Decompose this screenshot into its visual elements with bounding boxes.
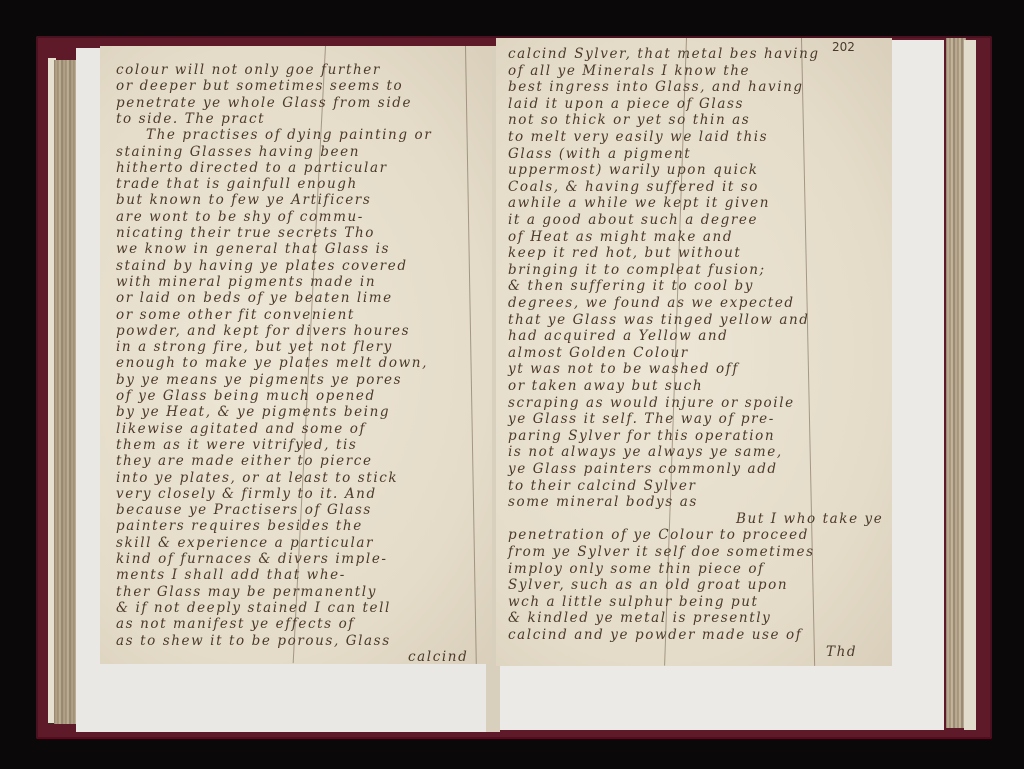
manuscript-line: & kindled ye metal is presently (508, 610, 771, 626)
manuscript-line: calcind Sylver, that metal bes having (508, 46, 820, 62)
manuscript-line: likewise agitated and some of (116, 421, 366, 437)
manuscript-line: to side. The pract (116, 111, 265, 127)
manuscript-line: in a strong fire, but yet not flery (116, 339, 393, 355)
manuscript-line: as to shew it to be porous, Glass (116, 633, 391, 649)
manuscript-line: ye Glass painters commonly add (508, 461, 778, 477)
manuscript-line: had acquired a Yellow and (508, 328, 728, 344)
manuscript-line: ments I shall add that whe- (116, 567, 346, 583)
manuscript-line: hitherto directed to a particular (116, 160, 388, 176)
manuscript-line: ye Glass it self. The way of pre- (508, 411, 775, 427)
manuscript-line: & then suffering it to cool by (508, 278, 754, 294)
manuscript-line: penetrate ye whole Glass from side (116, 95, 412, 111)
fold-crease (801, 38, 815, 666)
manuscript-line: or some other fit convenient (116, 307, 355, 323)
manuscript-line: are wont to be shy of commu- (116, 209, 364, 225)
manuscript-line: kind of furnaces & divers imple- (116, 551, 388, 567)
manuscript-line: Sylver, such as an old groat upon (508, 577, 788, 593)
manuscript-line: skill & experience a particular (116, 535, 374, 551)
manuscript-line: to their calcind Sylver (508, 478, 697, 494)
manuscript-line: by ye Heat, & ye pigments being (116, 404, 390, 420)
manuscript-line: or laid on beds of ye beaten lime (116, 290, 393, 306)
manuscript-line: calcind and ye powder made use of (508, 627, 802, 643)
manuscript-line: imploy only some thin piece of (508, 561, 765, 577)
manuscript-line: degrees, we found as we expected (508, 295, 795, 311)
right-endpaper (964, 40, 976, 730)
manuscript-line: of all ye Minerals I know the (508, 63, 750, 79)
manuscript-line: nicating their true secrets Tho (116, 225, 375, 241)
manuscript-line: of Heat as might make and (508, 229, 733, 245)
manuscript-line: is not always ye always ye same, (508, 444, 783, 460)
manuscript-line: wch a little sulphur being put (508, 594, 759, 610)
manuscript-line: it a good about such a degree (508, 212, 758, 228)
manuscript-line: almost Golden Colour (508, 345, 689, 361)
left-manuscript-page: colour will not only goe furtheror deepe… (100, 46, 492, 664)
right-fore-edge (946, 38, 966, 728)
manuscript-line: awhile a while we kept it given (508, 195, 770, 211)
manuscript-line: painters requires besides the (116, 518, 363, 534)
manuscript-line: uppermost) warily upon quick (508, 162, 759, 178)
manuscript-line: paring Sylver for this operation (508, 428, 775, 444)
fold-crease (465, 46, 477, 664)
manuscript-line: from ye Sylver it self doe sometimes (508, 544, 815, 560)
manuscript-line: into ye plates, or at least to stick (116, 470, 398, 486)
left-fore-edge (54, 60, 78, 724)
manuscript-line: bringing it to compleat fusion; (508, 262, 766, 278)
manuscript-line: they are made either to pierce (116, 453, 373, 469)
manuscript-line: scraping as would injure or spoile (508, 395, 795, 411)
manuscript-line: because ye Practisers of Glass (116, 502, 372, 518)
manuscript-line: penetration of ye Colour to proceed (508, 527, 809, 543)
manuscript-line: yt was not to be washed off (508, 361, 739, 377)
manuscript-line: by ye means ye pigments ye pores (116, 372, 402, 388)
manuscript-line: staining Glasses having been (116, 144, 360, 160)
manuscript-line: very closely & firmly to it. And (116, 486, 377, 502)
manuscript-line: as not manifest ye effects of (116, 616, 355, 632)
manuscript-line: we know in general that Glass is (116, 241, 390, 257)
manuscript-line: but known to few ye Artificers (116, 192, 371, 208)
manuscript-line: them as it were vitrifyed, tis (116, 437, 357, 453)
manuscript-line: powder, and kept for divers houres (116, 323, 410, 339)
manuscript-line: some mineral bodys as (508, 494, 698, 510)
manuscript-line: or deeper but sometimes seems to (116, 78, 403, 94)
manuscript-line: trade that is gainfull enough (116, 176, 358, 192)
manuscript-line: not so thick or yet so thin as (508, 112, 750, 128)
manuscript-line: keep it red hot, but without (508, 245, 741, 261)
manuscript-line: The practises of dying painting or (146, 127, 432, 143)
manuscript-line: Glass (with a pigment (508, 146, 691, 162)
manuscript-line: with mineral pigments made in (116, 274, 376, 290)
manuscript-line: of ye Glass being much opened (116, 388, 376, 404)
right-manuscript-page: 202 calcind Sylver, that metal bes havin… (496, 38, 892, 666)
manuscript-line: But I who take ye (736, 511, 883, 527)
manuscript-line: enough to make ye plates melt down, (116, 355, 428, 371)
manuscript-line: or taken away but such (508, 378, 703, 394)
manuscript-line: Thd (826, 644, 857, 660)
manuscript-line: ther Glass may be permanently (116, 584, 377, 600)
manuscript-line: to melt very easily we laid this (508, 129, 768, 145)
manuscript-line: laid it upon a piece of Glass (508, 96, 744, 112)
manuscript-line: best ingress into Glass, and having (508, 79, 804, 95)
manuscript-line: colour will not only goe further (116, 62, 381, 78)
manuscript-line: & if not deeply stained I can tell (116, 600, 391, 616)
manuscript-line: calcind (408, 649, 468, 665)
manuscript-line: staind by having ye plates covered (116, 258, 408, 274)
manuscript-line: Coals, & having suffered it so (508, 179, 759, 195)
manuscript-line: that ye Glass was tinged yellow and (508, 312, 810, 328)
page-number: 202 (832, 40, 855, 54)
